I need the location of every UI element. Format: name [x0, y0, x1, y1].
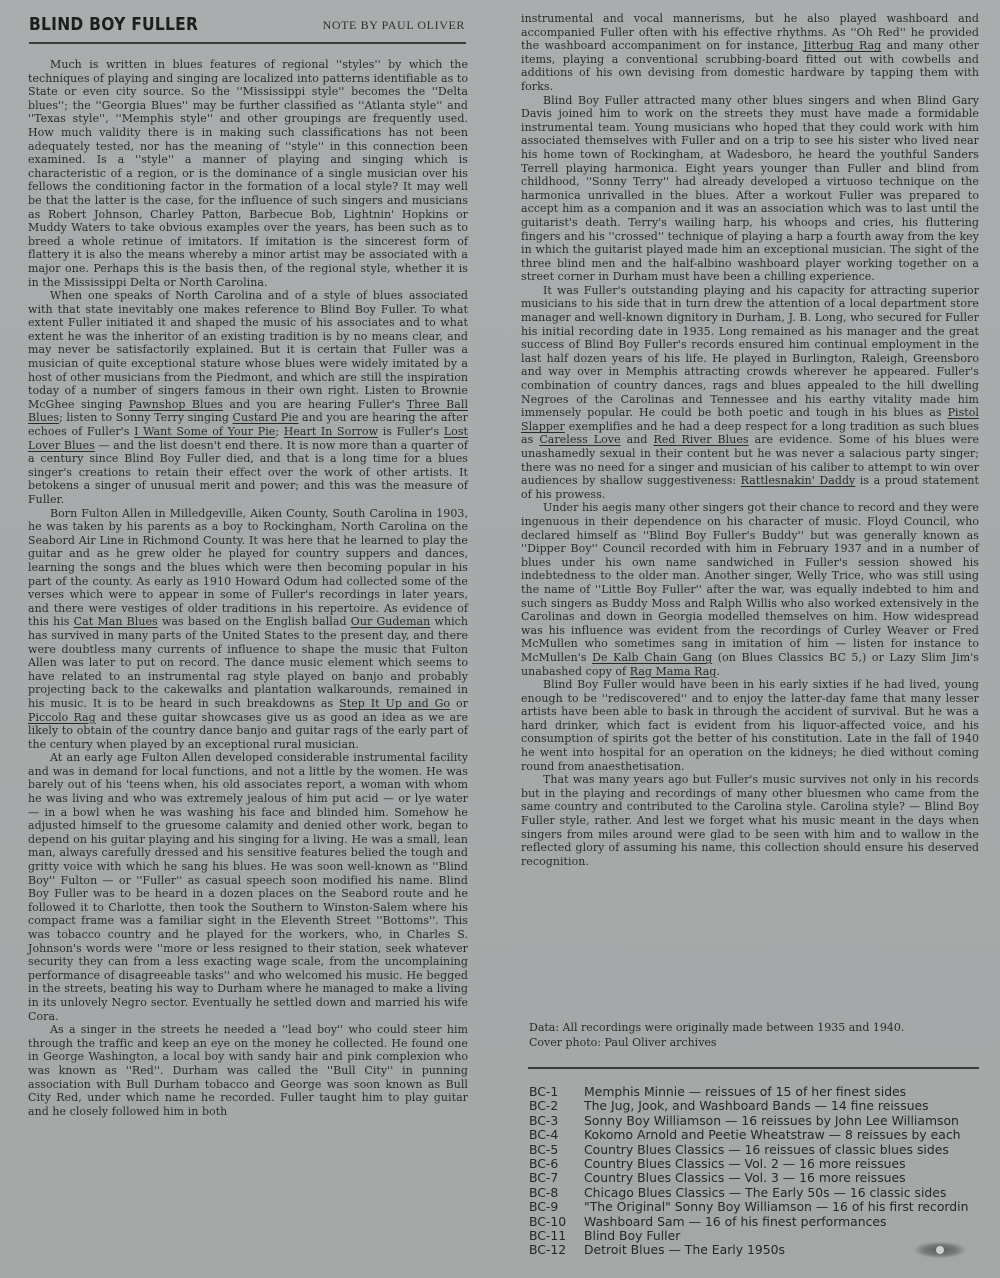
catalog-item: BC-3Sonny Boy Williamson — 16 reissues b…	[529, 1114, 1000, 1128]
song-title: Cat Man Blues	[74, 615, 158, 628]
text-segment: was based on the English ballad	[158, 615, 351, 628]
text-segment: — and the list doesn't end there. It is …	[28, 439, 468, 506]
text-segment: At an early age Fulton Allen developed c…	[28, 751, 468, 1022]
recording-data-note: Data: All recordings were originally mad…	[529, 1020, 979, 1050]
page-title: BLIND BOY FULLER	[29, 14, 198, 35]
catalog-item: BC-6Country Blues Classics — Vol. 2 — 16…	[529, 1157, 1000, 1171]
paragraph: When one speaks of North Carolina and of…	[28, 289, 468, 507]
catalog-item: BC-7Country Blues Classics — Vol. 3 — 16…	[529, 1171, 1000, 1185]
text-segment: .	[716, 665, 720, 678]
catalog-list: BC-1Memphis Minnie — reissues of 15 of h…	[529, 1085, 1000, 1258]
text-segment: Blind Boy Fuller would have been in his …	[521, 678, 979, 773]
catalog-description: Kokomo Arnold and Peetie Wheatstraw — 8 …	[584, 1128, 1000, 1142]
header-divider	[29, 42, 466, 44]
text-segment: and	[621, 433, 654, 446]
catalog-item: BC-1Memphis Minnie — reissues of 15 of h…	[529, 1085, 1000, 1099]
paragraph: Born Fulton Allen in Milledgeville, Aike…	[28, 507, 468, 752]
song-title: Step It Up and Go	[339, 697, 450, 710]
paragraph: At an early age Fulton Allen developed c…	[28, 751, 468, 1023]
liner-notes-page: BLIND BOY FULLER NOTE BY PAUL OLIVER Muc…	[0, 0, 1000, 1278]
catalog-description: Sonny Boy Williamson — 16 reissues by Jo…	[584, 1114, 1000, 1128]
text-segment: ; listen to Sonny Terry singing	[59, 411, 232, 424]
left-column-text: Much is written in blues features of reg…	[28, 58, 468, 1118]
catalog-code: BC-10	[529, 1215, 584, 1229]
catalog-code: BC-7	[529, 1171, 584, 1185]
catalog-code: BC-8	[529, 1186, 584, 1200]
paragraph: It was Fuller's outstanding playing and …	[521, 284, 979, 502]
song-title: Pawnshop Blues	[129, 398, 223, 411]
song-title: Heart In Sorrow	[284, 425, 378, 438]
catalog-description: Washboard Sam — 16 of his finest perform…	[584, 1215, 1000, 1229]
catalog-item: BC-2The Jug, Jook, and Washboard Bands —…	[529, 1099, 1000, 1113]
catalog-code: BC-5	[529, 1143, 584, 1157]
byline: NOTE BY PAUL OLIVER	[323, 18, 465, 33]
paragraph: instrumental and vocal mannerisms, but h…	[521, 12, 979, 94]
text-segment: As a singer in the streets he needed a '…	[28, 1023, 468, 1118]
catalog-code: BC-12	[529, 1243, 584, 1257]
catalog-divider	[528, 1067, 979, 1069]
catalog-description: Memphis Minnie — reissues of 15 of her f…	[584, 1085, 1000, 1099]
song-title: Our Gudeman	[351, 615, 431, 628]
song-title: Rag Mama Rag	[630, 665, 717, 678]
paragraph: Under his aegis many other singers got t…	[521, 501, 979, 678]
catalog-code: BC-1	[529, 1085, 584, 1099]
text-segment: which has survived in many parts of the …	[28, 615, 468, 710]
paragraph: Blind Boy Fuller attracted many other bl…	[521, 94, 979, 284]
cover-photo-credit: Cover photo: Paul Oliver archives	[529, 1035, 979, 1050]
text-segment: ;	[275, 425, 283, 438]
song-title: I Want Some of Your Pie	[134, 425, 275, 438]
paragraph: Much is written in blues features of reg…	[28, 58, 468, 289]
text-segment: or	[450, 697, 468, 710]
catalog-item: BC-8Chicago Blues Classics — The Early 5…	[529, 1186, 1000, 1200]
song-title: Rattlesnakin' Daddy	[741, 474, 856, 487]
catalog-description: The Jug, Jook, and Washboard Bands — 14 …	[584, 1099, 1000, 1113]
song-title: Piccolo Rag	[28, 711, 96, 724]
catalog-code: BC-3	[529, 1114, 584, 1128]
text-segment: Blind Boy Fuller attracted many other bl…	[521, 94, 979, 284]
right-column-text: instrumental and vocal mannerisms, but h…	[521, 12, 979, 868]
data-line: Data: All recordings were originally mad…	[529, 1020, 979, 1035]
text-segment: When one speaks of North Carolina and of…	[28, 289, 468, 411]
catalog-item: BC-5Country Blues Classics — 16 reissues…	[529, 1143, 1000, 1157]
paragraph: As a singer in the streets he needed a '…	[28, 1023, 468, 1118]
union-label-icon	[915, 1242, 965, 1258]
catalog-code: BC-9	[529, 1200, 584, 1214]
catalog-description: Country Blues Classics — 16 reissues of …	[584, 1143, 1000, 1157]
text-segment: It was Fuller's outstanding playing and …	[521, 284, 979, 419]
catalog-code: BC-11	[529, 1229, 584, 1243]
song-title: De Kalb Chain Gang	[592, 651, 712, 664]
catalog-item: BC-4Kokomo Arnold and Peetie Wheatstraw …	[529, 1128, 1000, 1142]
paragraph: That was many years ago but Fuller's mus…	[521, 773, 979, 868]
text-segment: is Fuller's	[378, 425, 444, 438]
text-segment: That was many years ago but Fuller's mus…	[521, 773, 979, 868]
catalog-code: BC-2	[529, 1099, 584, 1113]
text-segment: and you are hearing Fuller's	[223, 398, 407, 411]
catalog-description: Country Blues Classics — Vol. 3 — 16 mor…	[584, 1171, 1000, 1185]
paragraph: Blind Boy Fuller would have been in his …	[521, 678, 979, 773]
catalog-item: BC-9"The Original" Sonny Boy Williamson …	[529, 1200, 1000, 1214]
song-title: Red River Blues	[653, 433, 748, 446]
catalog-code: BC-4	[529, 1128, 584, 1142]
text-segment: Much is written in blues features of reg…	[28, 58, 468, 289]
text-segment: Under his aegis many other singers got t…	[521, 501, 979, 664]
catalog-description: Country Blues Classics — Vol. 2 — 16 mor…	[584, 1157, 1000, 1171]
song-title: Jitterbug Rag	[803, 39, 881, 52]
catalog-code: BC-6	[529, 1157, 584, 1171]
catalog-description: "The Original" Sonny Boy Williamson — 16…	[584, 1200, 1000, 1214]
catalog-description: Chicago Blues Classics — The Early 50s —…	[584, 1186, 1000, 1200]
song-title: Custard Pie	[233, 411, 299, 424]
header: BLIND BOY FULLER NOTE BY PAUL OLIVER	[29, 14, 465, 44]
text-segment: Born Fulton Allen in Milledgeville, Aike…	[28, 507, 468, 629]
song-title: Careless Love	[539, 433, 620, 446]
catalog-item: BC-10Washboard Sam — 16 of his finest pe…	[529, 1215, 1000, 1229]
